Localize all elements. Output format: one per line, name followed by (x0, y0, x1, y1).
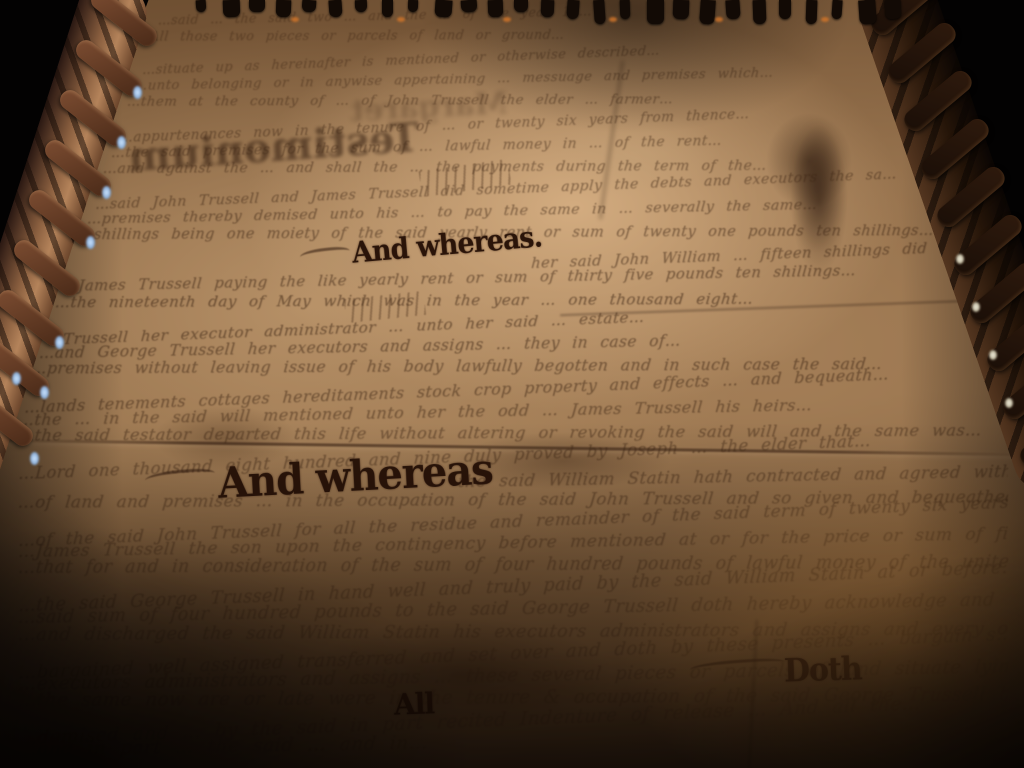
top-lacing-strap (858, 0, 877, 25)
parchment-document: Testimonium Margaret …said … the said tw… (0, 0, 1024, 768)
top-lacing-strap (249, 0, 265, 12)
blue-glint (55, 336, 64, 349)
top-lacing-strap (885, 0, 902, 19)
phrase-doth: Doth (783, 650, 862, 689)
top-lacing-strap (328, 0, 342, 17)
top-lacing-strap (275, 0, 291, 17)
pale-glint (972, 302, 980, 312)
blue-glint (102, 186, 111, 199)
top-lacing-strap (752, 0, 766, 24)
blue-glint (12, 372, 21, 385)
top-lacing-strap (673, 0, 690, 19)
top-lacing-strap (487, 0, 503, 17)
top-lacing-strap (593, 0, 606, 24)
blue-glint (40, 386, 49, 399)
top-lacing-strap (566, 0, 579, 19)
top-lacing-strap (699, 0, 716, 24)
top-lacing-strap (408, 0, 418, 12)
warm-glint (609, 17, 617, 22)
blue-glint (133, 86, 142, 99)
photo-scene: Testimonium Margaret …said … the said tw… (0, 0, 1024, 768)
top-lacing-strap (779, 0, 791, 19)
top-lacing-strap (222, 0, 240, 17)
top-lacing-strap (725, 0, 740, 19)
top-lacing-strap (514, 0, 528, 12)
pen-flourish (299, 245, 350, 263)
warm-glint (715, 17, 723, 22)
blue-glint (30, 452, 39, 465)
warm-glint (397, 17, 405, 22)
phrase-all: All (393, 686, 434, 722)
blue-glint (86, 236, 95, 249)
top-lacing-strap (540, 0, 554, 17)
top-lacing-strap (434, 0, 452, 18)
top-lacing-strap (647, 0, 664, 24)
pale-glint (1005, 398, 1013, 408)
warm-glint (821, 17, 829, 22)
pale-glint (989, 350, 997, 360)
blue-glint (117, 136, 126, 149)
warm-glint (291, 17, 299, 22)
top-lacing-strap (805, 0, 817, 24)
top-lacing-strap (620, 0, 631, 19)
pale-glint (956, 254, 964, 264)
top-lacing-strap (382, 0, 393, 17)
top-lacing-strap (831, 0, 842, 19)
warm-glint (503, 17, 511, 22)
